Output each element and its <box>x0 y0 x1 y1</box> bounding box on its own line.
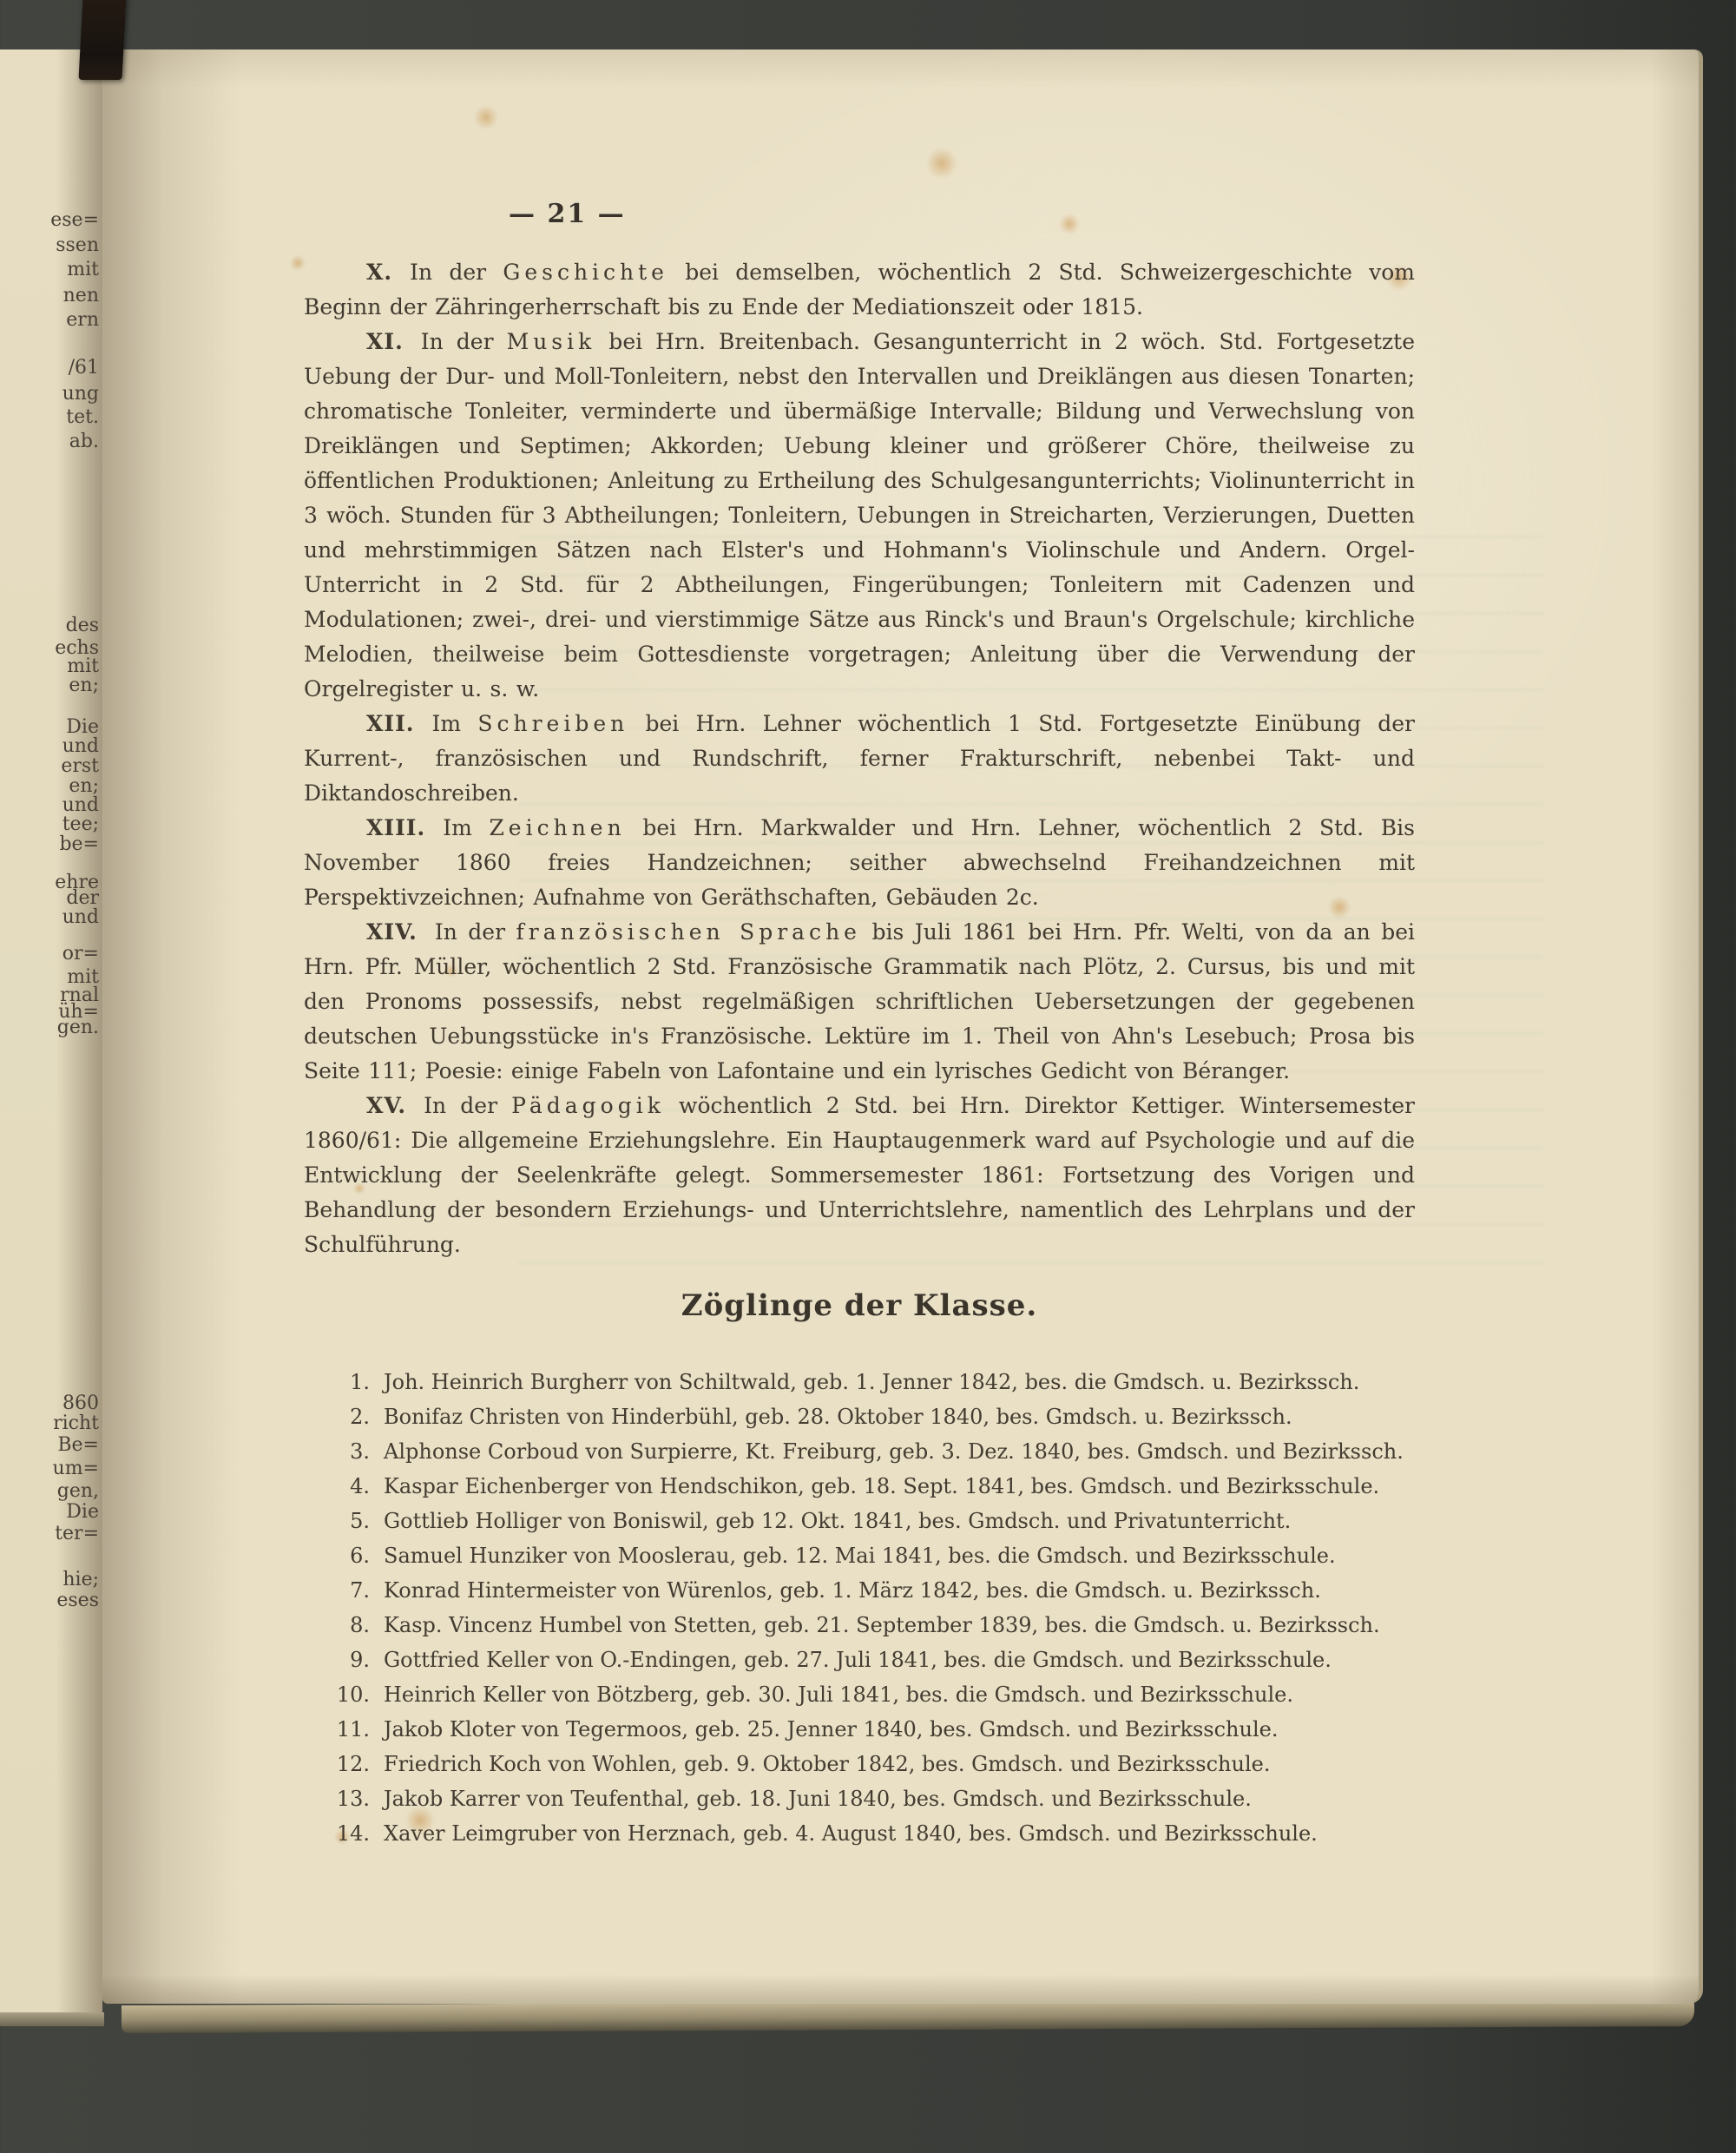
pupil-row: 14.Xaver Leimgruber von Herznach, geb. 4… <box>304 1816 1415 1851</box>
foxing-stain <box>926 148 957 179</box>
paragraph-text: In der <box>410 260 503 285</box>
paragraph-text: Im <box>432 711 478 736</box>
pupil-number: 8. <box>304 1608 384 1643</box>
pupil-row: 2.Bonifaz Christen von Hinderbühl, geb. … <box>304 1399 1415 1434</box>
subject-emphasis: Pädagogik <box>511 1093 665 1118</box>
bookmark-ribbon <box>78 0 126 80</box>
pupil-entry: Alphonse Corboud von Surpierre, Kt. Frei… <box>384 1439 1404 1464</box>
margin-fragment: tet. <box>66 408 99 427</box>
pupil-number: 14. <box>304 1816 384 1851</box>
margin-fragment: or= <box>62 945 99 964</box>
margin-fragment: gen. <box>57 1018 99 1037</box>
margin-fragment: um= <box>53 1459 99 1478</box>
pupil-number: 2. <box>304 1399 384 1434</box>
margin-fragment: Be= <box>57 1436 99 1455</box>
margin-fragment: Die <box>66 718 99 737</box>
text-column: X.In der Geschichte bei demselben, wöche… <box>304 255 1415 1851</box>
paragraph-numeral: X. <box>366 260 410 285</box>
scanned-page: — 21 — X.In der Geschichte bei demselben… <box>102 49 1703 2004</box>
pupil-number: 6. <box>304 1538 384 1573</box>
curriculum-paragraph-xiii: XIII.Im Zeichnen bei Hrn. Markwalder und… <box>304 811 1415 915</box>
margin-fragment: mit <box>67 657 99 676</box>
margin-fragment: tee; <box>62 815 99 834</box>
paragraph-numeral: XII. <box>366 711 432 736</box>
pupil-row: 8.Kasp. Vincenz Humbel von Stetten, geb.… <box>304 1608 1415 1643</box>
pupil-entry: Gottfried Keller von O.-Endingen, geb. 2… <box>384 1648 1332 1672</box>
pupil-entry: Jakob Kloter von Tegermoos, geb. 25. Jen… <box>384 1717 1278 1741</box>
margin-fragment: nen <box>63 286 99 306</box>
margin-fragment: und <box>62 796 99 815</box>
pupil-number: 12. <box>304 1747 384 1781</box>
pupil-number: 13. <box>304 1781 384 1816</box>
pupil-entry: Gottlieb Holliger von Boniswil, geb 12. … <box>384 1509 1291 1533</box>
paragraph-text: Im <box>443 815 489 840</box>
subject-emphasis: Geschichte <box>503 260 668 285</box>
foxing-stain <box>474 105 498 129</box>
pupil-row: 12.Friedrich Koch von Wohlen, geb. 9. Ok… <box>304 1747 1415 1781</box>
curriculum-paragraph-xv: XV.In der Pädagogik wöchentlich 2 Std. b… <box>304 1089 1415 1262</box>
facing-page-edge: ese=ssenmitnenern/61ungtet.ab.desechsmit… <box>0 49 102 2013</box>
margin-fragment: mit <box>67 260 99 280</box>
margin-fragment: en; <box>69 777 99 796</box>
margin-fragment: /61 <box>69 359 99 378</box>
subject-emphasis: französischen Sprache <box>516 919 861 945</box>
pupil-number: 10. <box>304 1677 384 1712</box>
margin-fragment: ern <box>66 311 99 330</box>
page-number: — 21 — <box>509 199 626 229</box>
pupil-row: 10.Heinrich Keller von Bötzberg, geb. 30… <box>304 1677 1415 1712</box>
pupil-entry: Kaspar Eichenberger von Hendschikon, geb… <box>384 1474 1379 1498</box>
margin-fragment: gen, <box>57 1482 99 1501</box>
facing-page-stack-edge <box>0 2012 104 2026</box>
pupil-entry: Konrad Hintermeister von Würenlos, geb. … <box>384 1578 1321 1603</box>
paragraph-text: In der <box>421 329 507 354</box>
pupil-number: 7. <box>304 1573 384 1608</box>
margin-fragment: be= <box>59 835 99 854</box>
pupil-entry: Samuel Hunziker von Mooslerau, geb. 12. … <box>384 1544 1336 1568</box>
curriculum-paragraphs: X.In der Geschichte bei demselben, wöche… <box>304 255 1415 1262</box>
pupil-number: 11. <box>304 1712 384 1747</box>
margin-fragment: hie; <box>62 1570 99 1590</box>
pupil-number: 1. <box>304 1365 384 1399</box>
margin-fragment: und <box>62 737 99 756</box>
margin-fragment: eses <box>56 1591 99 1610</box>
subject-emphasis: Musik <box>507 329 596 354</box>
paragraph-numeral: XIV. <box>366 919 435 945</box>
book-scan: ese=ssenmitnenern/61ungtet.ab.desechsmit… <box>0 0 1736 2063</box>
pupil-row: 5.Gottlieb Holliger von Boniswil, geb 12… <box>304 1504 1415 1538</box>
pupil-entry: Bonifaz Christen von Hinderbühl, geb. 28… <box>384 1405 1292 1429</box>
curriculum-paragraph-xii: XII.Im Schreiben bei Hrn. Lehner wöchent… <box>304 707 1415 811</box>
paragraph-numeral: XV. <box>366 1093 424 1118</box>
subject-emphasis: Zeichnen <box>489 815 625 840</box>
pupil-number: 5. <box>304 1504 384 1538</box>
pupil-row: 6.Samuel Hunziker von Mooslerau, geb. 12… <box>304 1538 1415 1573</box>
pupil-number: 3. <box>304 1434 384 1469</box>
margin-fragment: ter= <box>55 1524 99 1544</box>
paragraph-text: In der <box>424 1093 511 1118</box>
margin-fragment: ssen <box>56 236 99 255</box>
pupil-row: 11.Jakob Kloter von Tegermoos, geb. 25. … <box>304 1712 1415 1747</box>
margin-fragment: ung <box>62 385 99 404</box>
margin-fragment: ab. <box>69 432 99 451</box>
pupil-entry: Heinrich Keller von Bötzberg, geb. 30. J… <box>384 1682 1293 1707</box>
pupil-number: 4. <box>304 1469 384 1504</box>
pupil-row: 13.Jakob Karrer von Teufenthal, geb. 18.… <box>304 1781 1415 1816</box>
margin-fragment: der <box>66 889 99 908</box>
margin-fragment: des <box>66 616 99 635</box>
margin-fragment: Die <box>66 1503 99 1522</box>
pupil-row: 9.Gottfried Keller von O.-Endingen, geb.… <box>304 1643 1415 1677</box>
pupil-number: 9. <box>304 1643 384 1677</box>
margin-fragment: 860 <box>62 1394 99 1413</box>
margin-fragment: und <box>62 908 99 927</box>
paragraph-numeral: XI. <box>366 329 421 354</box>
section-heading: Zöglinge der Klasse. <box>304 1288 1415 1325</box>
margin-fragment: erst <box>61 757 99 776</box>
pupil-row: 4.Kaspar Eichenberger von Hendschikon, g… <box>304 1469 1415 1504</box>
pupil-entry: Joh. Heinrich Burgherr von Schiltwald, g… <box>384 1370 1359 1394</box>
paragraph-text: In der <box>435 919 516 945</box>
pupil-row: 7.Konrad Hintermeister von Würenlos, geb… <box>304 1573 1415 1608</box>
pupil-row: 1.Joh. Heinrich Burgherr von Schiltwald,… <box>304 1365 1415 1399</box>
margin-fragment: richt <box>53 1414 99 1433</box>
paragraph-text: bei Hrn. Breitenbach. Gesangunterricht i… <box>304 329 1415 701</box>
pupil-entry: Jakob Karrer von Teufenthal, geb. 18. Ju… <box>384 1787 1252 1811</box>
pupil-list: 1.Joh. Heinrich Burgherr von Schiltwald,… <box>304 1365 1415 1851</box>
curriculum-paragraph-xiv: XIV.In der französischen Sprache bis Jul… <box>304 915 1415 1089</box>
margin-fragment: ese= <box>50 211 99 230</box>
pupil-entry: Kasp. Vincenz Humbel von Stetten, geb. 2… <box>384 1613 1380 1637</box>
paragraph-numeral: XIII. <box>366 815 443 840</box>
subject-emphasis: Schreiben <box>477 711 628 736</box>
pupil-entry: Xaver Leimgruber von Herznach, geb. 4. A… <box>384 1821 1318 1846</box>
margin-fragment: en; <box>69 676 99 695</box>
pupil-entry: Friedrich Koch von Wohlen, geb. 9. Oktob… <box>384 1752 1270 1776</box>
curriculum-paragraph-x: X.In der Geschichte bei demselben, wöche… <box>304 255 1415 325</box>
pupil-row: 3.Alphonse Corboud von Surpierre, Kt. Fr… <box>304 1434 1415 1469</box>
curriculum-paragraph-xi: XI.In der Musik bei Hrn. Breitenbach. Ge… <box>304 325 1415 707</box>
